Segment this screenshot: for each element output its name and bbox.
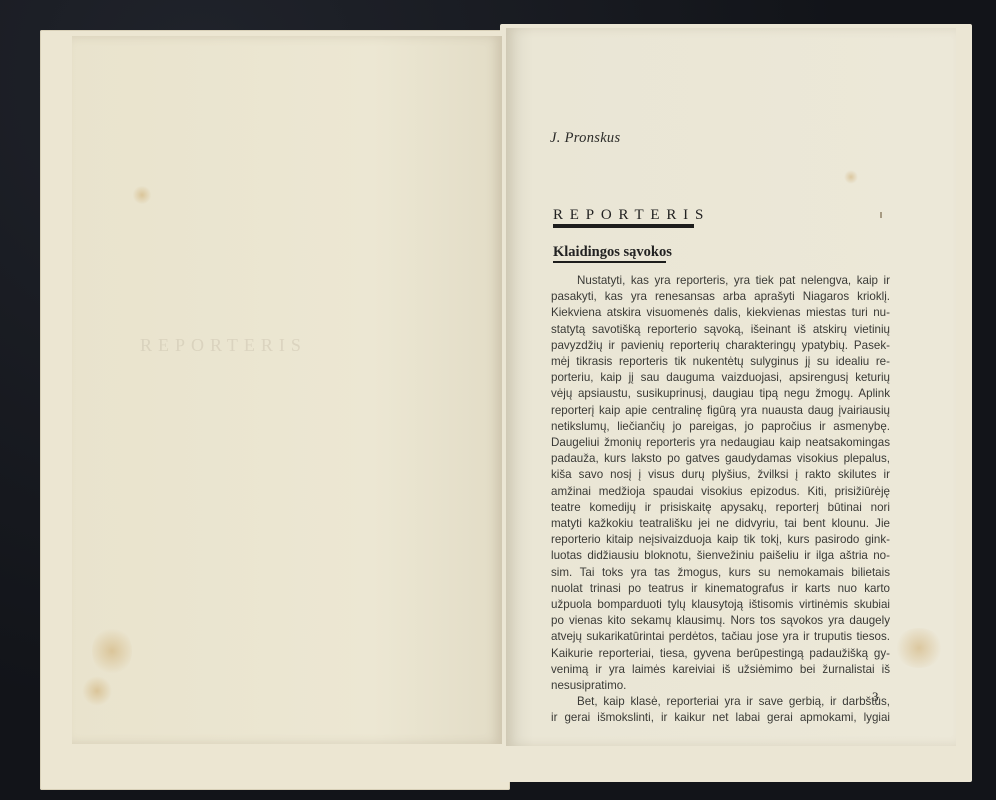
text-line: mėj tikrasis reporteris tik nukentėtų su… [551,354,890,370]
author-name: J. Pronskus [550,130,620,147]
text-line: ir gerai išmokslinti, ir kaikur net laba… [551,710,890,726]
text-line: sim. Tai toks yra tas žmogus, kurs su ne… [551,565,890,581]
margin-mark [880,212,882,218]
foxing-stain [82,676,112,706]
text-line: Kaikurie reporteriai, tiesa, gyvena berū… [551,646,890,662]
text-line: pasakyti, kas yra renesansas arba aprašy… [551,289,890,305]
foxing-stain [844,170,858,184]
text-line: venimą ir yra laimės kareiviai iš užsiėm… [551,662,890,678]
body-text: Nustatyti, kas yra reporteris, yra tiek … [551,273,890,727]
text-line: porteriu, kaip jį sau dauguma vaizduojas… [551,370,890,386]
text-line: matyti kažkokiu teatrališku jei ne didvy… [551,516,890,532]
foxing-stain [92,626,132,676]
text-line: luotas didžiausiu bloknotu, šienvežiniu … [551,548,890,564]
text-line: padauža, kurs laksto po gatves gaudydama… [551,451,890,467]
left-page [72,36,502,744]
text-line: reporterį kaip apie centralinę figūrą yr… [551,403,890,419]
text-line: pavyzdžių ir pavienių reporterių charakt… [551,338,890,354]
text-line: nesusipratimo. [551,678,890,694]
bleed-through-text: REPORTERIS [140,335,420,357]
text-line: statytą savotišką reporterio sąvoką, iše… [551,322,890,338]
text-line: kiša savo nosį į visus durų plyšius, žvi… [551,467,890,483]
text-line: reporterio kitaip neįsivaizduoja kaip ti… [551,532,890,548]
foxing-stain [132,186,152,204]
text-line: užpuola bomparduoti tylų klausytoją išti… [551,597,890,613]
foxing-stain [894,628,944,668]
subtitle-underline [553,261,666,263]
text-line: Daugeliui žmonių reporteris yra nedaugia… [551,435,890,451]
page-number: 3 [872,689,879,705]
text-line: vėjų apsiaustu, susikuprinusį, daugiau t… [551,386,890,402]
text-line: atvejų sukarikatūrintai perdėtos, tačiau… [551,629,890,645]
chapter-title: REPORTERIS [553,207,710,224]
text-line: Nustatyti, kas yra reporteris, yra tiek … [551,273,890,289]
text-line: Bet, kaip klasė, reporteriai yra ir save… [551,694,890,710]
text-line: nuolat trinasi po teatrus ir kinematogra… [551,581,890,597]
text-line: Kiekviena atskira visuomenės dalis, kiek… [551,305,890,321]
text-line: po vienas kito sekamų klausimų. Nors tos… [551,613,890,629]
title-underline [553,224,694,228]
text-line: amžinai medžioja spaudai visokius epizod… [551,484,890,500]
section-subtitle: Klaidingos sąvokos [553,244,672,261]
text-line: netikslumų, liečiančių jo pareigas, jo p… [551,419,890,435]
text-line: teatre komedijų ir prisiskaitę apysakų, … [551,500,890,516]
